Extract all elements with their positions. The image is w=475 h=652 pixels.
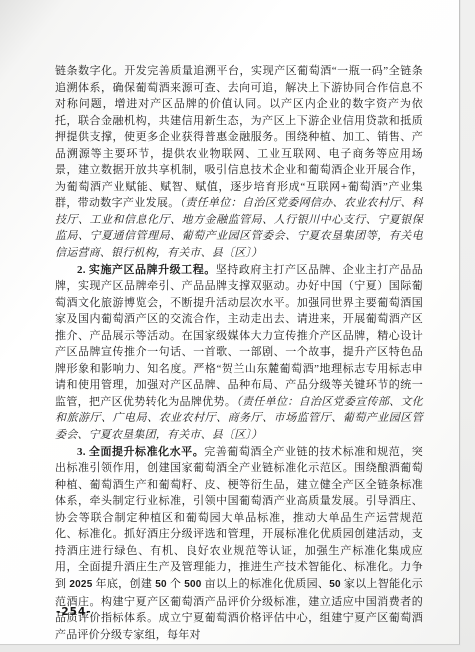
text-run-normal: 个: [167, 578, 184, 590]
text-run-normal: 坚持政府主打产区品牌、企业主打产品品牌，实现产区品牌牵引、产品品牌支撑双驱动。办…: [55, 264, 423, 408]
paragraph: 链条数字化。开发完善质量追溯平台，实现产区葡萄酒“一瓶一码”全链条追溯体系，确保…: [55, 63, 423, 262]
scanned-book-page: 链条数字化。开发完善质量追溯平台，实现产区葡萄酒“一瓶一码”全链条追溯体系，确保…: [0, 0, 475, 652]
text-run-bold: 2. 实施产区品牌升级工程。: [77, 264, 216, 276]
text-run-num: 50: [155, 579, 167, 590]
paragraph: 3. 全面提升标准化水平。完善葡萄酒全产业链的技术标准和规范，突出标准引领作用，…: [55, 444, 423, 644]
text-run-normal: 链条数字化。开发完善质量追溯平台，实现产区葡萄酒“一瓶一码”全链条追溯体系，确保…: [55, 65, 423, 209]
paragraph: 2. 实施产区品牌升级工程。坚持政府主打产区品牌、企业主打产品品牌，实现产区品牌…: [55, 262, 423, 444]
text-run-normal: 年底，创建: [92, 578, 155, 590]
text-block: 链条数字化。开发完善质量追溯平台，实现产区葡萄酒“一瓶一码”全链条追溯体系，确保…: [55, 63, 423, 643]
text-run-num: 50: [329, 579, 341, 590]
text-run-num: 2025: [69, 579, 92, 590]
page-edge-right: [461, 0, 475, 652]
text-run-num: 500: [184, 579, 201, 590]
page-number: -254-: [56, 606, 92, 618]
text-run-normal: 完善葡萄酒全产业链的技术标准和规范，突出标准引领作用，创建国家葡萄酒全产业链标准…: [55, 446, 423, 590]
text-run-bold: 3. 全面提升标准化水平。: [77, 446, 204, 458]
text-run-normal: 亩以上的标准化优质园、: [202, 578, 330, 590]
page-edge-bottom: [0, 646, 461, 652]
